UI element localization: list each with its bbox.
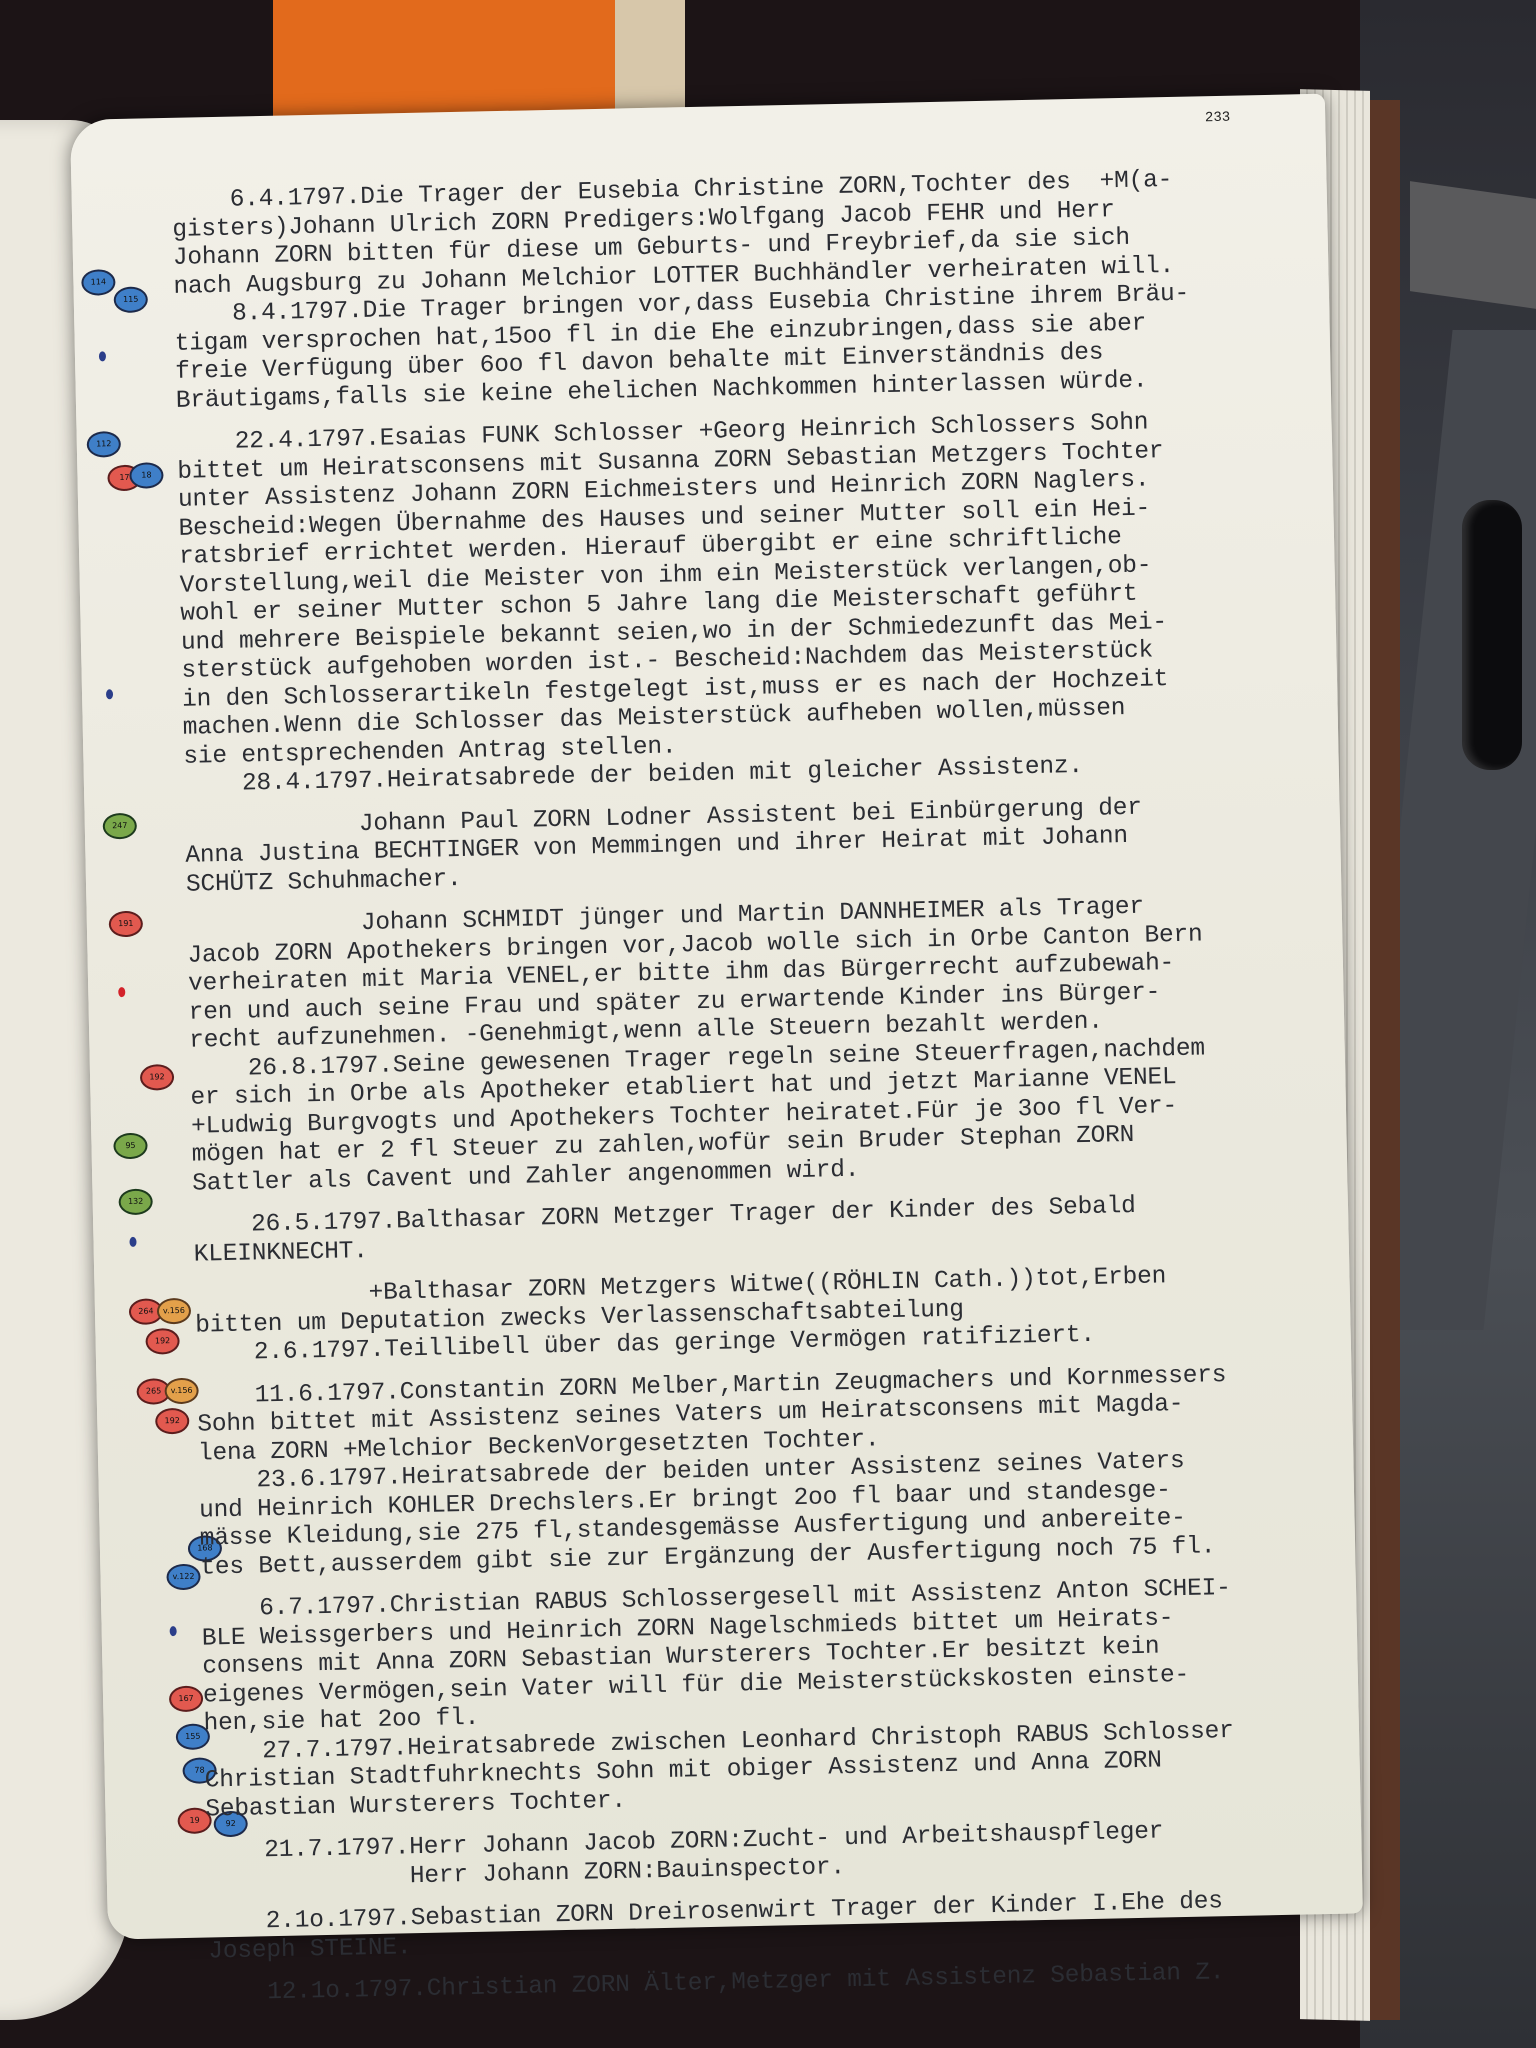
margin-marker: 95 [113,1133,148,1160]
margin-marker: v.156 [164,1378,199,1405]
margin-marker: v.156 [157,1298,192,1325]
book-cover-edge [1370,100,1400,2020]
margin-marker: v.122 [166,1564,201,1591]
document-entry: 2.1o.1797.Sebastian ZORN Dreirosenwirt T… [208,1886,1329,1966]
document-entry: 6.4.1797.Die Trager der Eusebia Christin… [171,164,1296,415]
margin-marker [106,689,113,699]
document-entry: Johann Paul ZORN Lodner Assistent bei Ei… [185,791,1307,900]
page-number: 233 [1205,110,1231,127]
margin-marker [170,1626,177,1636]
document-entry: 26.5.1797.Balthasar ZORN Metzger Trager … [193,1189,1314,1269]
margin-marker [129,1237,136,1247]
typewritten-text: 6.4.1797.Die Trager der Eusebia Christin… [171,164,1329,2023]
document-entry: 22.4.1797.Esaias FUNK Schlosser +Georg H… [177,406,1305,800]
margin-marker: 114 [81,269,116,296]
document-entry: +Balthasar ZORN Metzgers Witwe((RÖHLIN C… [194,1260,1316,1369]
margin-marker: 112 [87,431,122,458]
margin-marker: 192 [155,1408,190,1435]
margin-marker: 18 [129,462,164,489]
document-entry: 6.7.1797.Christian RABUS Schlossergesell… [201,1573,1326,1824]
document-entry: 12.1o.1797.Christian ZORN Älter,Metzger … [209,1957,1329,2009]
background-shelf [1410,181,1536,309]
margin-marker [118,987,125,997]
margin-marker: 132 [118,1189,153,1216]
text-line: 12.1o.1797.Christian ZORN Älter,Metzger … [209,1957,1329,2009]
document-entry: 21.7.1797.Herr Johann Jacob ZORN:Zucht- … [206,1815,1327,1895]
margin-marker: 167 [169,1686,204,1713]
document-entry: Johann SCHMIDT jünger und Martin DANNHEI… [187,890,1313,1198]
background-object [1462,500,1522,770]
margin-marker: 191 [109,911,144,938]
document-entry: 11.6.1797.Constantin ZORN Melber,Martin … [196,1360,1320,1583]
margin-marker: 247 [103,813,138,840]
margin-marker: 115 [114,286,149,313]
margin-marker: 192 [145,1328,180,1355]
margin-marker [99,351,106,361]
document-page: 233 114115112171824719119295132264v.1561… [70,94,1363,1940]
margin-marker: 192 [140,1064,175,1091]
